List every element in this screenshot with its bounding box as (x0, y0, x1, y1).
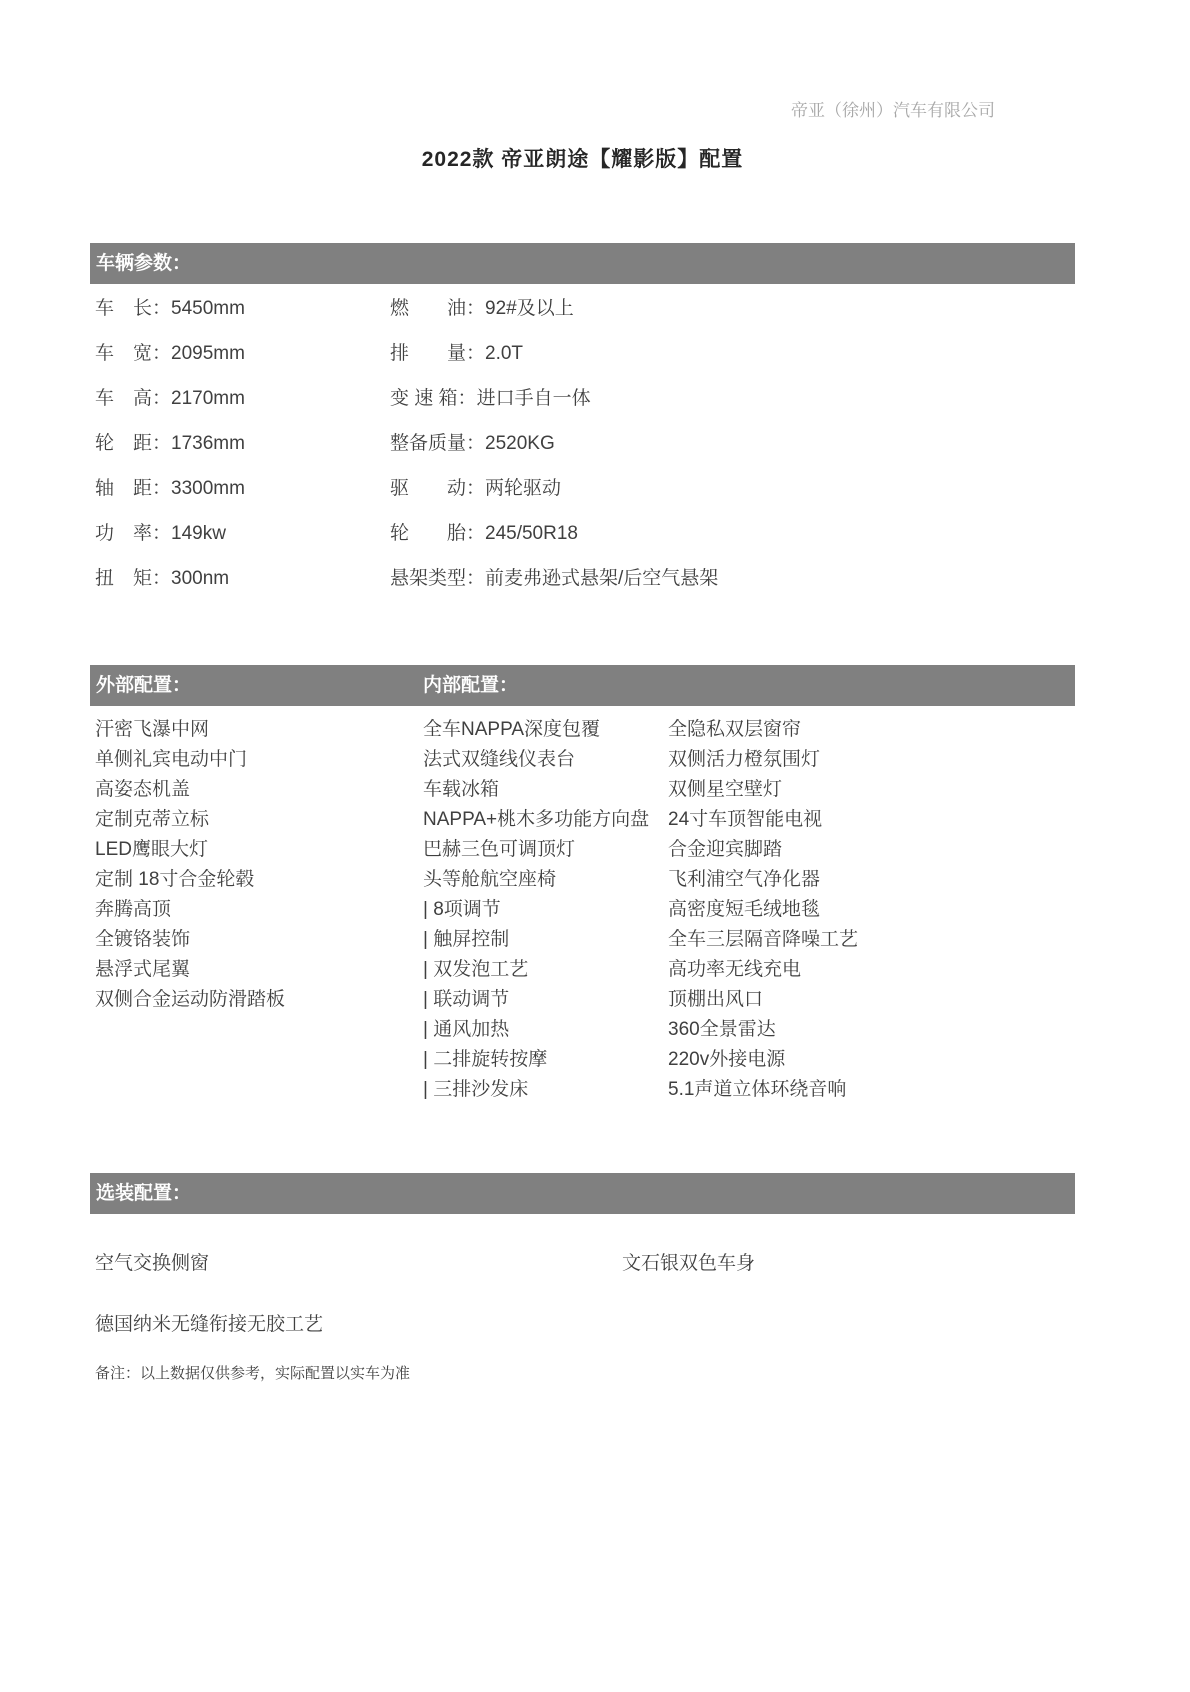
config-item: | 联动调节 (423, 985, 668, 1015)
config-item: 头等舱航空座椅 (423, 865, 668, 895)
spec-cell-left: 扭 矩：300nm (95, 563, 390, 590)
config-item: | 通风加热 (423, 1015, 668, 1045)
spec-cell-left: 车 宽：2095mm (95, 338, 390, 365)
spec-value: 245/50R18 (485, 523, 578, 544)
spec-value: 进口手自一体 (477, 388, 591, 409)
spec-value: 149kw (171, 523, 226, 544)
config-item: 高姿态机盖 (95, 775, 423, 805)
spec-cell-left: 功 率：149kw (95, 518, 390, 545)
section-header-interior-label: 内部配置： (423, 665, 518, 706)
company-name: 帝亚（徐州）汽车有限公司 (90, 0, 1075, 121)
config-item: 高功率无线充电 (668, 955, 1075, 985)
spec-label: 驱 动： (390, 478, 485, 499)
config-item: NAPPA+桃木多功能方向盘 (423, 805, 668, 835)
spec-cell-left: 车 长：5450mm (95, 293, 390, 320)
config-item: 全隐私双层窗帘 (668, 715, 1075, 745)
spec-label: 功 率： (95, 523, 171, 544)
optional-item: 德国纳米无缝衔接无胶工艺 (95, 1314, 323, 1335)
spec-value: 300nm (171, 568, 229, 589)
spec-cell-right: 驱 动：两轮驱动 (390, 473, 1075, 500)
optional-row-2: 德国纳米无缝衔接无胶工艺 (90, 1309, 1075, 1336)
config-item: 双侧合金运动防滑踏板 (95, 985, 423, 1015)
config-item: 汗密飞瀑中网 (95, 715, 423, 745)
config-item: 法式双缝线仪表台 (423, 745, 668, 775)
optional-row-1: 空气交换侧窗 文石银双色车身 (90, 1248, 1075, 1275)
spec-label: 轴 距： (95, 478, 171, 499)
section-header-vehicle-params: 车辆参数： (90, 243, 1075, 284)
spec-value: 5450mm (171, 298, 245, 319)
config-item: 巴赫三色可调顶灯 (423, 835, 668, 865)
config-item: 定制克蒂立标 (95, 805, 423, 835)
spec-row: 车 宽：2095mm 排 量：2.0T (95, 329, 1075, 374)
spec-value: 3300mm (171, 478, 245, 499)
spec-label: 排 量： (390, 343, 485, 364)
spec-row: 扭 矩：300nm 悬架类型：前麦弗逊式悬架/后空气悬架 (95, 554, 1075, 599)
exterior-config-list: 汗密飞瀑中网单侧礼宾电动中门高姿态机盖定制克蒂立标LED鹰眼大灯定制 18寸合金… (95, 715, 423, 1105)
optional-item: 空气交换侧窗 (95, 1248, 622, 1275)
config-item: 双侧活力橙氛围灯 (668, 745, 1075, 775)
section-header-exterior-label: 外部配置： (96, 675, 191, 696)
config-item: 双侧星空壁灯 (668, 775, 1075, 805)
spec-cell-right: 悬架类型：前麦弗逊式悬架/后空气悬架 (390, 563, 1075, 590)
spec-value: 92#及以上 (485, 298, 574, 319)
spec-label: 悬架类型： (390, 568, 485, 589)
spec-cell-right: 排 量：2.0T (390, 338, 1075, 365)
config-item: 合金迎宾脚踏 (668, 835, 1075, 865)
config-item: 单侧礼宾电动中门 (95, 745, 423, 775)
spec-cell-right: 轮 胎：245/50R18 (390, 518, 1075, 545)
config-item: | 三排沙发床 (423, 1075, 668, 1105)
note-text: 备注：以上数据仅供参考，实际配置以实车为准 (90, 1362, 1075, 1383)
spec-cell-left: 轴 距：3300mm (95, 473, 390, 500)
spec-cell-left: 轮 距：1736mm (95, 428, 390, 455)
spec-row: 车 高：2170mm 变 速 箱：进口手自一体 (95, 374, 1075, 419)
spec-cell-right: 整备质量：2520KG (390, 428, 1075, 455)
config-columns: 汗密飞瀑中网单侧礼宾电动中门高姿态机盖定制克蒂立标LED鹰眼大灯定制 18寸合金… (90, 706, 1075, 1105)
spec-value: 1736mm (171, 433, 245, 454)
config-item: 全镀铬装饰 (95, 925, 423, 955)
spec-value: 2170mm (171, 388, 245, 409)
spec-label: 变 速 箱： (390, 388, 477, 409)
config-item: 24寸车顶智能电视 (668, 805, 1075, 835)
section-header-config: 外部配置： 内部配置： (90, 665, 1075, 706)
config-item: LED鹰眼大灯 (95, 835, 423, 865)
config-item: 顶棚出风口 (668, 985, 1075, 1015)
config-item: 360全景雷达 (668, 1015, 1075, 1045)
interior-config-list-2: 全隐私双层窗帘双侧活力橙氛围灯双侧星空壁灯24寸车顶智能电视合金迎宾脚踏飞利浦空… (668, 715, 1075, 1105)
config-item: 飞利浦空气净化器 (668, 865, 1075, 895)
spec-value: 前麦弗逊式悬架/后空气悬架 (485, 568, 718, 589)
spec-value: 两轮驱动 (485, 478, 561, 499)
spec-label: 整备质量： (390, 433, 485, 454)
spec-cell-right: 变 速 箱：进口手自一体 (390, 383, 1075, 410)
section-header-optional: 选装配置： (90, 1173, 1075, 1214)
spec-label: 扭 矩： (95, 568, 171, 589)
spec-label: 轮 距： (95, 433, 171, 454)
config-item: 车载冰箱 (423, 775, 668, 805)
config-item: | 二排旋转按摩 (423, 1045, 668, 1075)
spec-row: 轮 距：1736mm 整备质量：2520KG (95, 419, 1075, 464)
spec-row: 车 长：5450mm 燃 油：92#及以上 (95, 284, 1075, 329)
spec-label: 燃 油： (390, 298, 485, 319)
spec-value: 2520KG (485, 433, 555, 454)
spec-cell-right: 燃 油：92#及以上 (390, 293, 1075, 320)
config-item: 220v外接电源 (668, 1045, 1075, 1075)
optional-item: 文石银双色车身 (622, 1248, 1075, 1275)
spec-label: 轮 胎： (390, 523, 485, 544)
spec-label: 车 长： (95, 298, 171, 319)
spec-cell-left: 车 高：2170mm (95, 383, 390, 410)
spec-label: 车 宽： (95, 343, 171, 364)
config-item: 高密度短毛绒地毯 (668, 895, 1075, 925)
page-title: 2022款 帝亚朗途【耀影版】配置 (90, 143, 1075, 173)
section-header-optional-label: 选装配置： (96, 1183, 191, 1204)
config-item: 悬浮式尾翼 (95, 955, 423, 985)
config-item: 全车三层隔音降噪工艺 (668, 925, 1075, 955)
vehicle-specs-table: 车 长：5450mm 燃 油：92#及以上 车 宽：2095mm 排 量：2.0… (90, 284, 1075, 599)
spec-row: 轴 距：3300mm 驱 动：两轮驱动 (95, 464, 1075, 509)
config-item: | 触屏控制 (423, 925, 668, 955)
spec-label: 车 高： (95, 388, 171, 409)
section-header-vehicle-params-label: 车辆参数： (96, 253, 191, 274)
interior-config-list-1: 全车NAPPA深度包覆法式双缝线仪表台车载冰箱NAPPA+桃木多功能方向盘巴赫三… (423, 715, 668, 1105)
spec-value: 2095mm (171, 343, 245, 364)
config-item: 奔腾高顶 (95, 895, 423, 925)
config-item: 定制 18寸合金轮毂 (95, 865, 423, 895)
spec-value: 2.0T (485, 343, 523, 364)
config-item: 全车NAPPA深度包覆 (423, 715, 668, 745)
document-page: 帝亚（徐州）汽车有限公司 2022款 帝亚朗途【耀影版】配置 车辆参数： 车 长… (0, 0, 1190, 1692)
config-item: 5.1声道立体环绕音响 (668, 1075, 1075, 1105)
config-item: | 8项调节 (423, 895, 668, 925)
spec-row: 功 率：149kw 轮 胎：245/50R18 (95, 509, 1075, 554)
config-item: | 双发泡工艺 (423, 955, 668, 985)
